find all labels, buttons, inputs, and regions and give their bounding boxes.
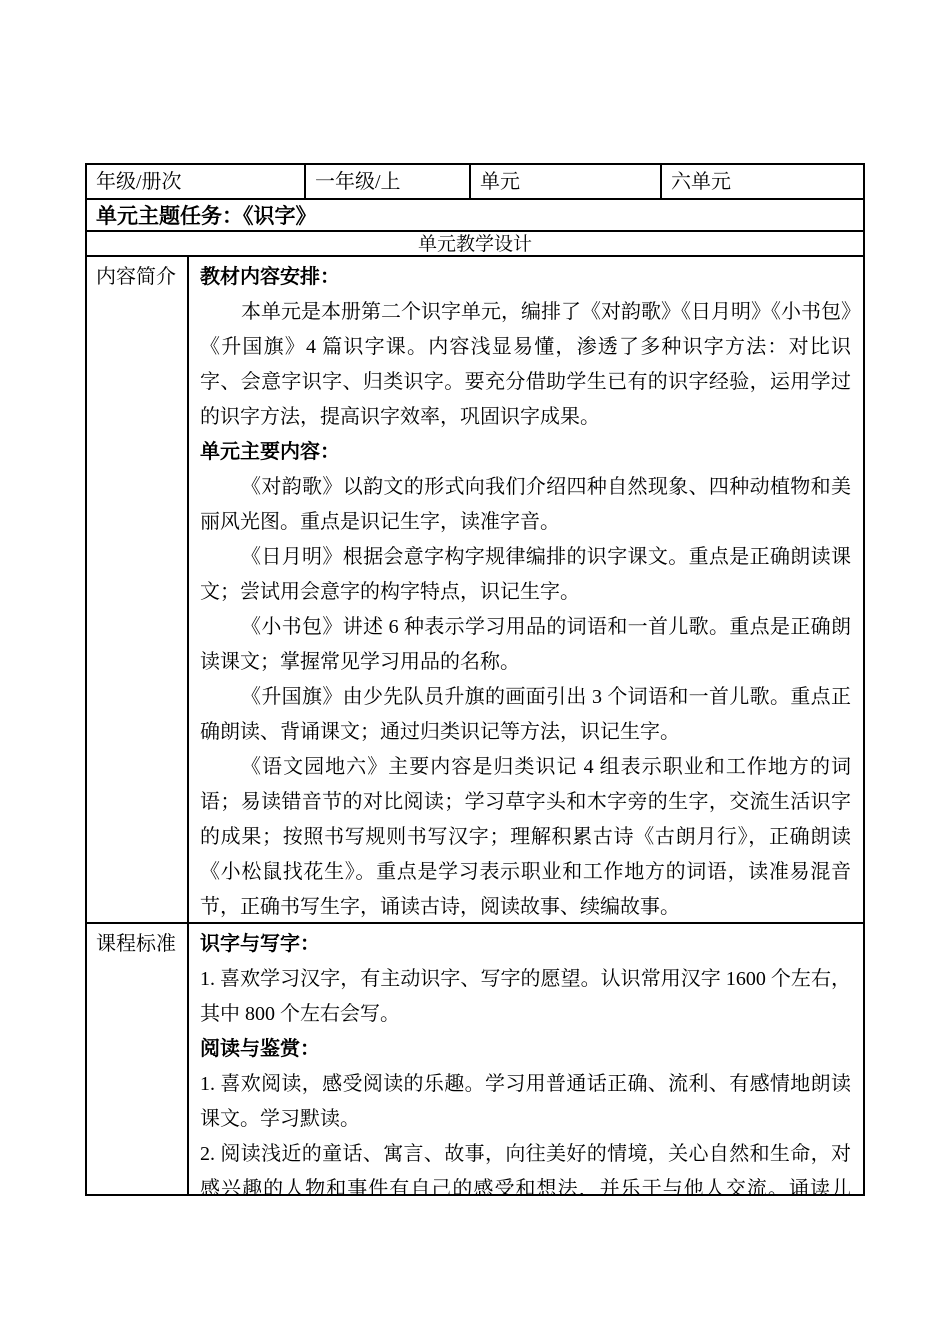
content-paragraph: 《升国旗》由少先队员升旗的画面引出 3 个词语和一首儿歌。重点正确朗读、背诵课文… bbox=[200, 680, 851, 750]
content-intro-label: 内容简介 bbox=[87, 257, 187, 922]
unit-value-cell: 六单元 bbox=[660, 165, 863, 198]
page: { "document": { "colors": { "background"… bbox=[0, 0, 950, 1344]
unit-label-cell: 单元 bbox=[469, 165, 660, 198]
content-paragraph: 本单元是本册第二个识字单元，编排了《对韵歌》《日月明》《小书包》《升国旗》4 篇… bbox=[200, 295, 851, 435]
theme-row: 单元主题任务：《识字》 bbox=[87, 198, 863, 230]
grade-volume-label-cell: 年级/册次 bbox=[87, 165, 304, 198]
content-paragraph: 1. 喜欢学习汉字，有主动识字、写字的愿望。认识常用汉字 1600 个左右，其中… bbox=[200, 962, 851, 1032]
content-paragraph: 《日月明》根据会意字构字规律编排的识字课文。重点是正确朗读课文；尝试用会意字的构… bbox=[200, 540, 851, 610]
content-paragraph: 2. 阅读浅近的童话、寓言、故事，向往美好的情境，关心自然和生命，对感兴趣的人物… bbox=[200, 1137, 851, 1194]
unit-design-title: 单元教学设计 bbox=[418, 234, 532, 255]
lesson-plan-table: 年级/册次 一年级/上 单元 六单元 单元主题任务：《识字》 单元教学设计 内容… bbox=[85, 163, 865, 1196]
curriculum-standards-body: 识字与写字： 1. 喜欢学习汉字，有主动识字、写字的愿望。认识常用汉字 1600… bbox=[187, 924, 863, 1194]
title-row: 单元教学设计 bbox=[87, 230, 863, 255]
theme-task-text: 单元主题任务：《识字》 bbox=[96, 204, 317, 230]
content-heading: 教材内容安排： bbox=[200, 260, 851, 295]
curriculum-standards-row: 课程标准 识字与写字： 1. 喜欢学习汉字，有主动识字、写字的愿望。认识常用汉字… bbox=[87, 922, 863, 1194]
content-intro-body: 教材内容安排： 本单元是本册第二个识字单元，编排了《对韵歌》《日月明》《小书包》… bbox=[187, 257, 863, 922]
content-heading: 识字与写字： bbox=[200, 927, 851, 962]
curriculum-standards-label: 课程标准 bbox=[87, 924, 187, 1194]
content-intro-row: 内容简介 教材内容安排： 本单元是本册第二个识字单元，编排了《对韵歌》《日月明》… bbox=[87, 255, 863, 922]
content-paragraph: 1. 喜欢阅读，感受阅读的乐趣。学习用普通话正确、流利、有感情地朗读课文。学习默… bbox=[200, 1067, 851, 1137]
grade-volume-value-cell: 一年级/上 bbox=[304, 165, 469, 198]
content-paragraph: 《对韵歌》以韵文的形式向我们介绍四种自然现象、四种动植物和美丽风光图。重点是识记… bbox=[200, 470, 851, 540]
info-row: 年级/册次 一年级/上 单元 六单元 bbox=[87, 165, 863, 198]
content-heading: 阅读与鉴赏： bbox=[200, 1032, 851, 1067]
content-paragraph: 《语文园地六》主要内容是归类识记 4 组表示职业和工作地方的词语；易读错音节的对… bbox=[200, 750, 851, 922]
content-heading: 单元主要内容： bbox=[200, 435, 851, 470]
content-paragraph: 《小书包》讲述 6 种表示学习用品的词语和一首儿歌。重点是正确朗读课文；掌握常见… bbox=[200, 610, 851, 680]
